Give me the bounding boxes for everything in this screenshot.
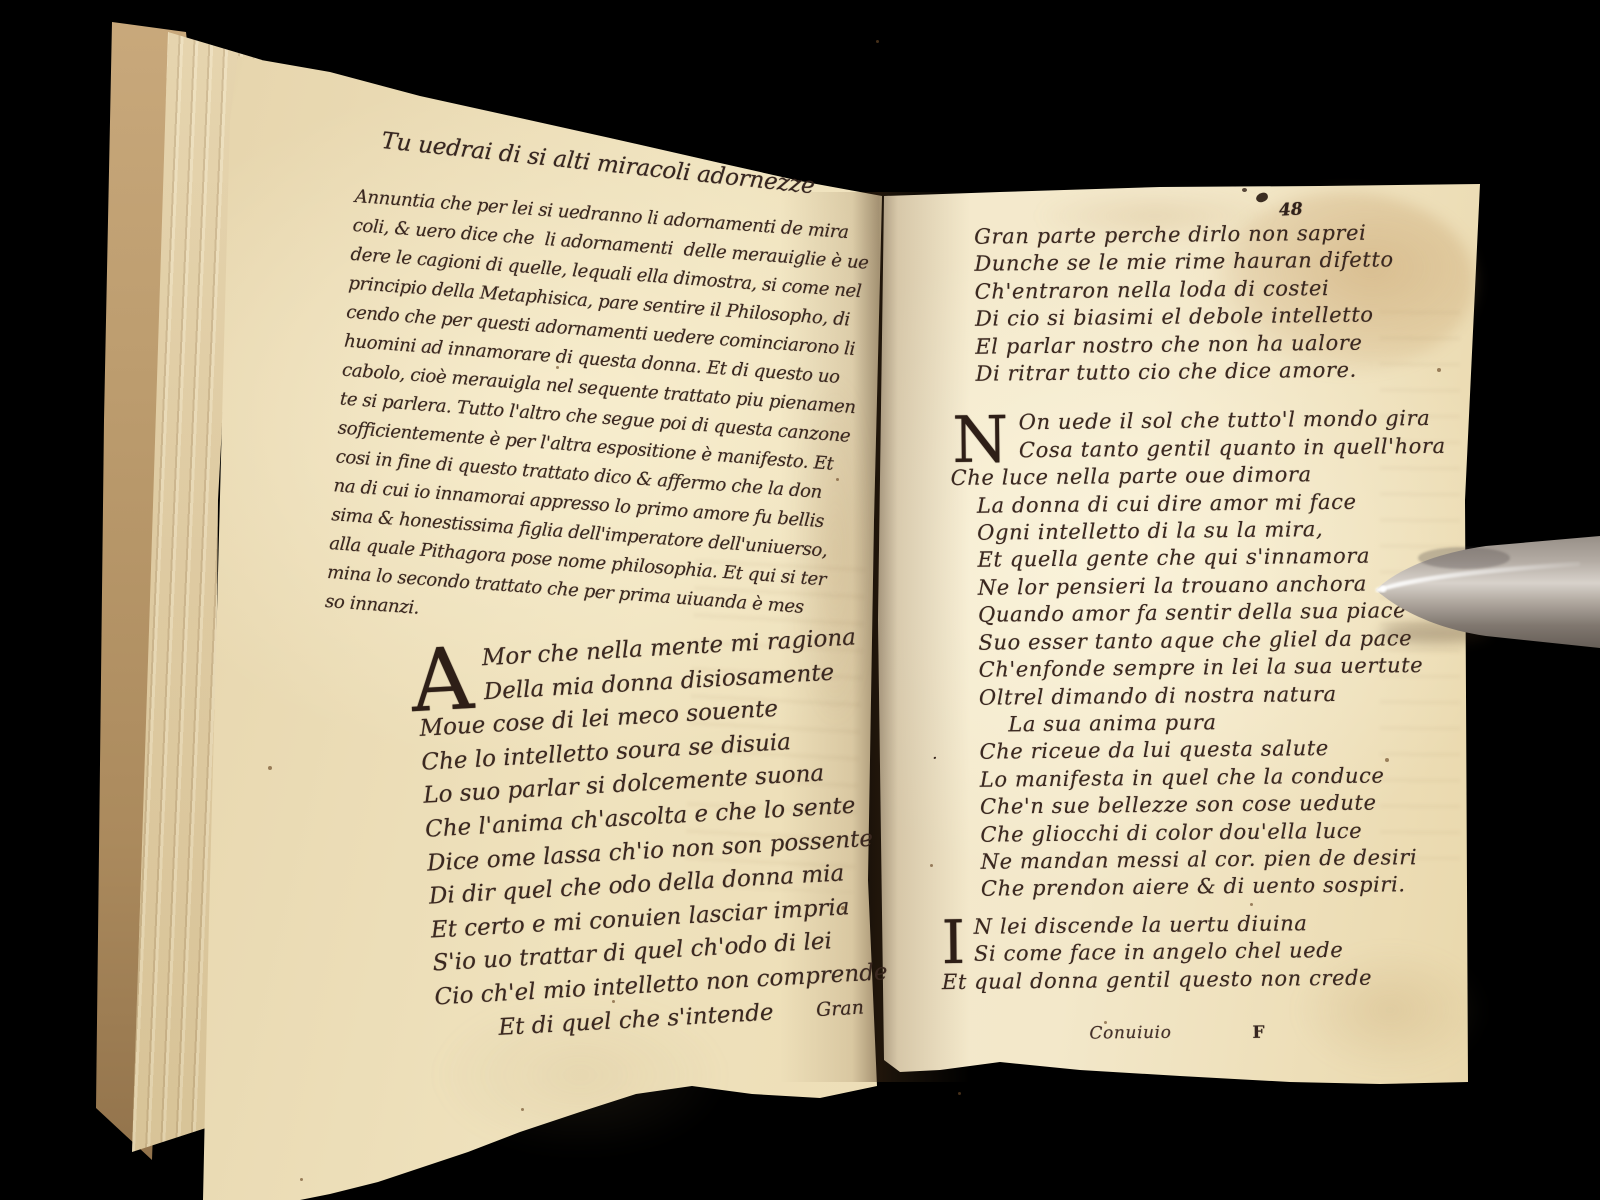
margin-dot: · [932, 748, 938, 769]
drop-cap-initial-N: N [952, 410, 1009, 463]
right-page-footer: Conuiuio F [956, 1016, 1476, 1047]
page-number: 48 [1278, 199, 1303, 220]
text-line: Di ritrar tutto cio che dice amore. [975, 356, 1469, 389]
left-page-commentary-prose: Annuntia che per lei si uedranno li ador… [324, 182, 884, 655]
catchword: Gran [815, 991, 869, 1027]
foxing-speck [268, 766, 272, 770]
drop-cap-initial-A: A [409, 641, 474, 706]
left-page-canzone: A Mor che nella mente mi ragionaDella mi… [415, 620, 907, 1049]
paper-knife-icon [1368, 530, 1600, 656]
foxing-speck [958, 1092, 961, 1095]
text-line: Cosa tanto gentil quanto in quell'hora [950, 432, 1470, 465]
foxing-speck [521, 1108, 524, 1111]
gathering-signature: F [1252, 1020, 1265, 1048]
paper-knife-pointer [1368, 530, 1600, 656]
left-canzone-lines: Mor che nella mente mi ragionaDella mia … [415, 620, 905, 1015]
right-stanza-3-lines: N lei discende la uertu diuinaSi come fa… [941, 908, 1476, 996]
drop-cap-initial-I: I [941, 914, 966, 964]
footer-book-title: Conuiuio [1089, 1020, 1171, 1048]
text-line: Ch'enfonde sempre in lei la sua uertute [953, 652, 1473, 685]
foxing-speck [876, 40, 879, 43]
text-line: Et qual donna gentil questo non crede [942, 963, 1476, 996]
right-stanza-3: I N lei discende la uertu diuinaSi come … [941, 908, 1476, 996]
photo-black-background: { "palette": { "background": "#000000", … [0, 0, 1600, 1200]
right-stanza-1: Gran parte perche dirlo non sapreiDunche… [948, 219, 1470, 389]
ink-blot [1242, 188, 1247, 192]
foxing-speck [930, 864, 933, 867]
text-line: Che prendon aiere & di uento sospiri. [955, 871, 1475, 904]
foxing-speck [300, 1178, 303, 1181]
